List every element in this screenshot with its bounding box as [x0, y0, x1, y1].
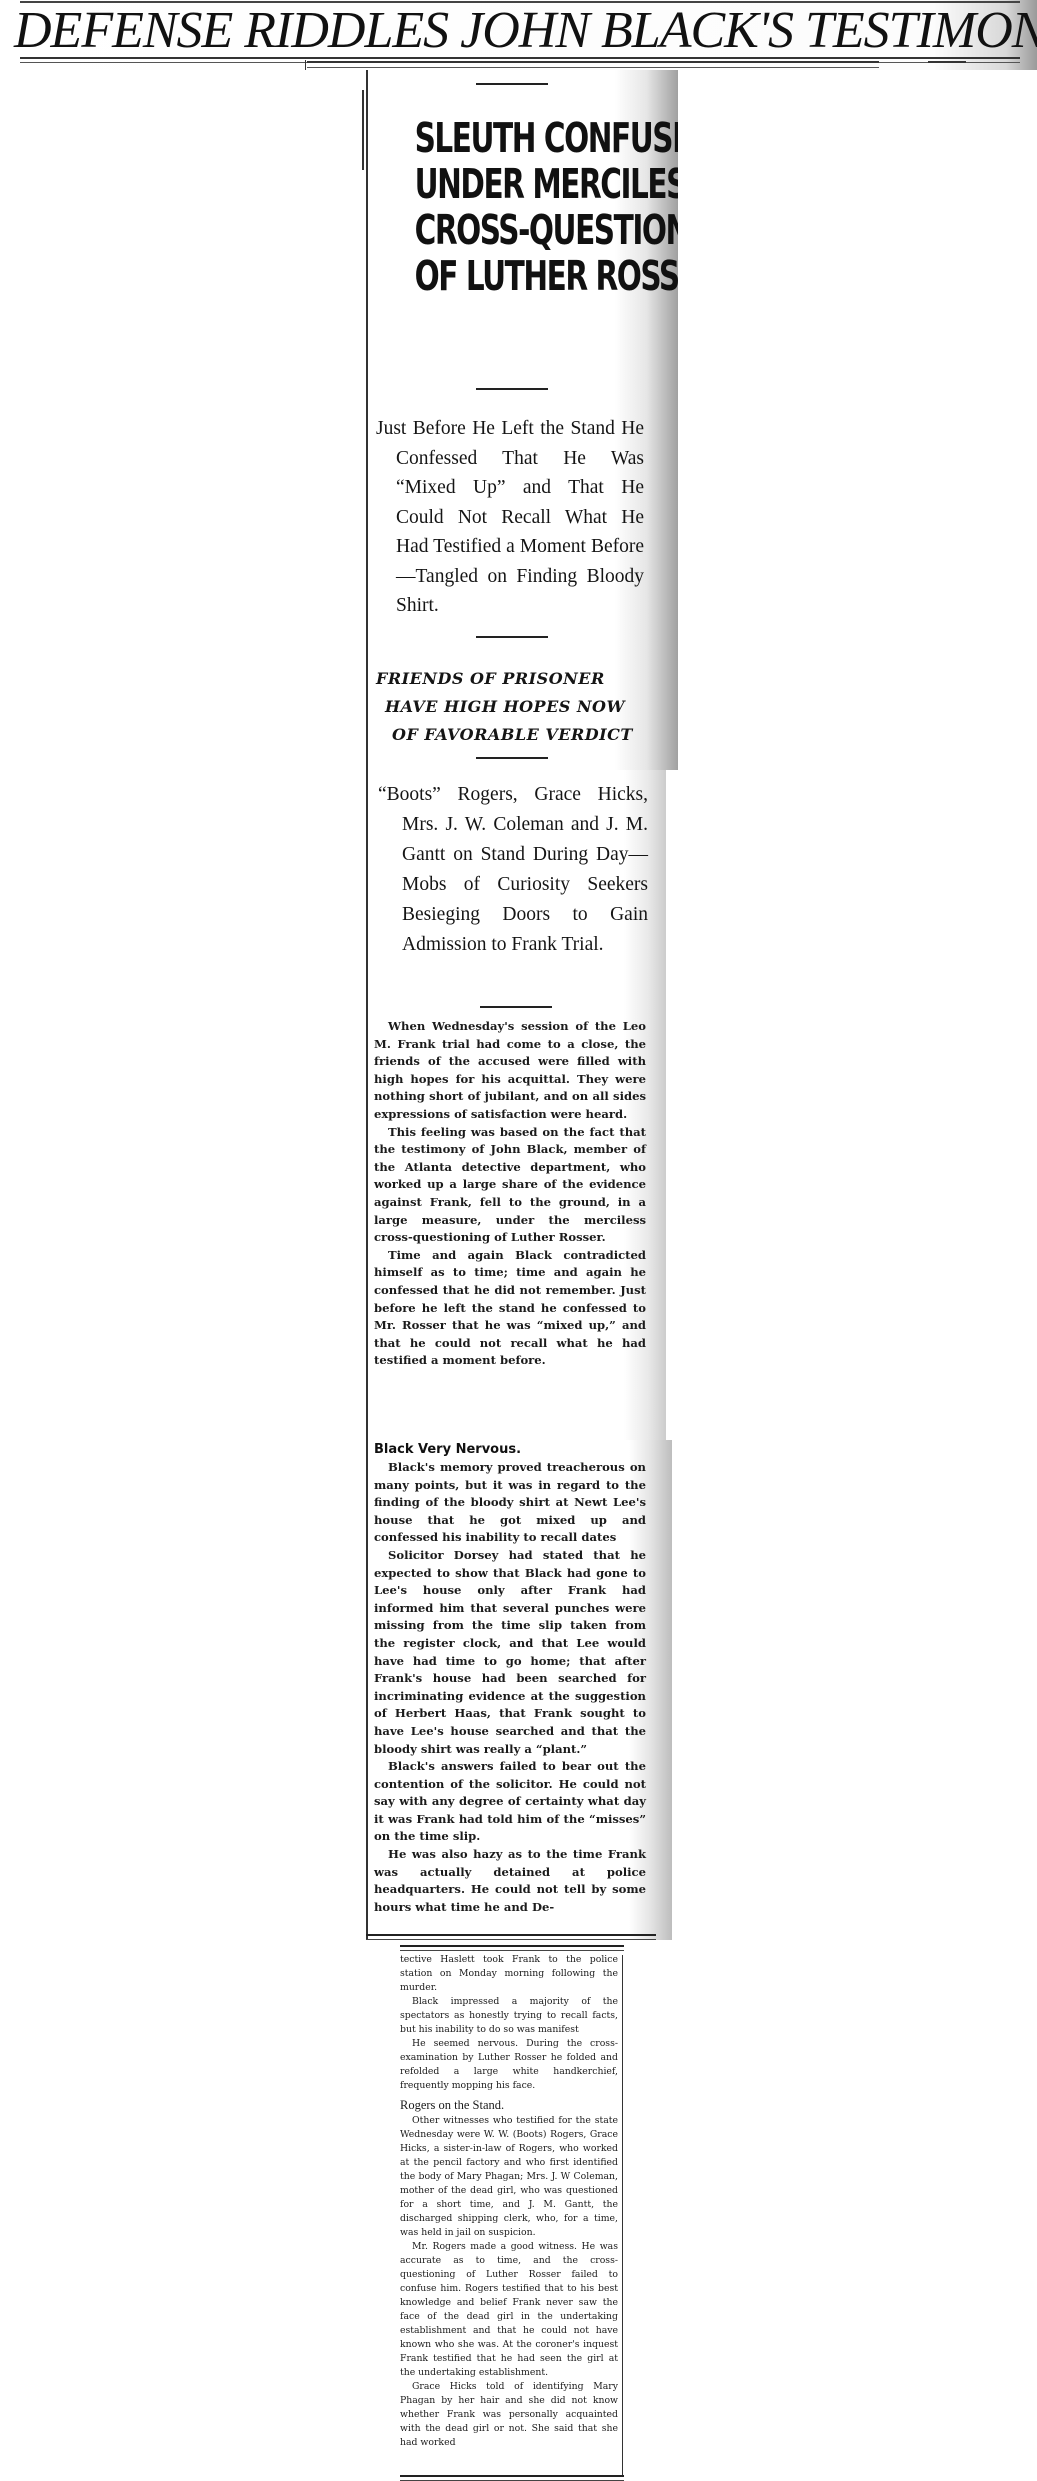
headline-bottom-rule: [476, 388, 548, 390]
italic-deck-line: OF FAVORABLE VERDICT: [376, 721, 666, 749]
italic-deck-line: HAVE HIGH HOPES NOW: [376, 693, 666, 721]
paragraph: Black impressed a majority of the specta…: [400, 1995, 618, 2037]
column-divider: [305, 60, 306, 70]
italic-deck-line: FRIENDS OF PRISONER: [376, 665, 666, 693]
article-body-continuation: tective Haslett took Frank to the police…: [400, 1945, 624, 2481]
continuation-bottom-rule: [400, 2475, 624, 2481]
paragraph: Black's memory proved treacherous on man…: [374, 1459, 646, 1547]
banner-headline-strip: DEFENSE RIDDLES JOHN BLACK'S TESTIMONY: [0, 0, 1037, 70]
column-left-rule-accent: [362, 90, 364, 170]
headline-line: OF LUTHER ROSSER: [415, 253, 624, 299]
column-left-rule: [366, 770, 368, 1440]
article-body-part-2: Black Very Nervous. Black's memory prove…: [366, 1440, 672, 1940]
second-deck-text: “Boots” Rogers, Grace Hicks, Mrs. J. W. …: [378, 780, 648, 960]
paragraph: He was also hazy as to the time Frank wa…: [374, 1846, 646, 1916]
paragraph: Other witnesses who testified for the st…: [400, 2114, 618, 2240]
column-left-rule: [366, 1440, 368, 1940]
subhead-rogers-on-the-stand: Rogers on the Stand.: [400, 2097, 618, 2114]
headline-line: CROSS-QUESTIONS: [415, 207, 624, 253]
paragraph: Time and again Black contradicted himsel…: [374, 1247, 646, 1370]
second-deck: “Boots” Rogers, Grace Hicks, Mrs. J. W. …: [378, 780, 648, 960]
second-deck-rule: [480, 1006, 552, 1008]
deck-text: Just Before He Left the Stand He Confess…: [376, 414, 644, 621]
italic-deck-rule: [476, 757, 548, 759]
paragraph: He seemed nervous. During the cross-exam…: [400, 2037, 618, 2093]
column-left-rule: [366, 70, 368, 770]
column-top-rule: [307, 61, 879, 68]
italic-deck: FRIENDS OF PRISONER HAVE HIGH HOPES NOW …: [376, 665, 666, 749]
paragraph: Mr. Rogers made a good witness. He was a…: [400, 2240, 618, 2380]
paragraph: tective Haslett took Frank to the police…: [400, 1953, 618, 1995]
paragraph: When Wednesday's session of the Leo M. F…: [374, 1018, 646, 1124]
headline-line: UNDER MERCILESS: [415, 161, 624, 207]
column-top-rule-right: [928, 61, 966, 67]
paragraph: Black's answers failed to bear out the c…: [374, 1758, 646, 1846]
article-body: When Wednesday's session of the Leo M. F…: [374, 1018, 646, 1370]
main-headline: SLEUTH CONFUSED UNDER MERCILESS CROSS-QU…: [415, 115, 624, 299]
continuation-body: tective Haslett took Frank to the police…: [400, 1953, 618, 2450]
banner-headline: DEFENSE RIDDLES JOHN BLACK'S TESTIMONY: [14, 2, 1024, 60]
deck-subheadline: Just Before He Left the Stand He Confess…: [376, 414, 644, 621]
paragraph: Grace Hicks told of identifying Mary Pha…: [400, 2380, 618, 2450]
paragraph: This feeling was based on the fact that …: [374, 1124, 646, 1247]
article-headline-block: SLEUTH CONFUSED UNDER MERCILESS CROSS-QU…: [362, 70, 678, 770]
subhead-black-very-nervous: Black Very Nervous.: [374, 1441, 646, 1459]
deck-rule: [476, 636, 548, 638]
paragraph: Solicitor Dorsey had stated that he expe…: [374, 1547, 646, 1758]
headline-line: SLEUTH CONFUSED: [415, 115, 624, 161]
column-right-rule: [622, 1955, 623, 2475]
continuation-top-rule: [400, 1945, 624, 1951]
headline-top-rule: [476, 83, 548, 85]
article-body-part-1: “Boots” Rogers, Grace Hicks, Mrs. J. W. …: [366, 770, 666, 1440]
segment-bottom-rule: [366, 1934, 656, 1940]
article-body: Black Very Nervous. Black's memory prove…: [374, 1441, 646, 1916]
